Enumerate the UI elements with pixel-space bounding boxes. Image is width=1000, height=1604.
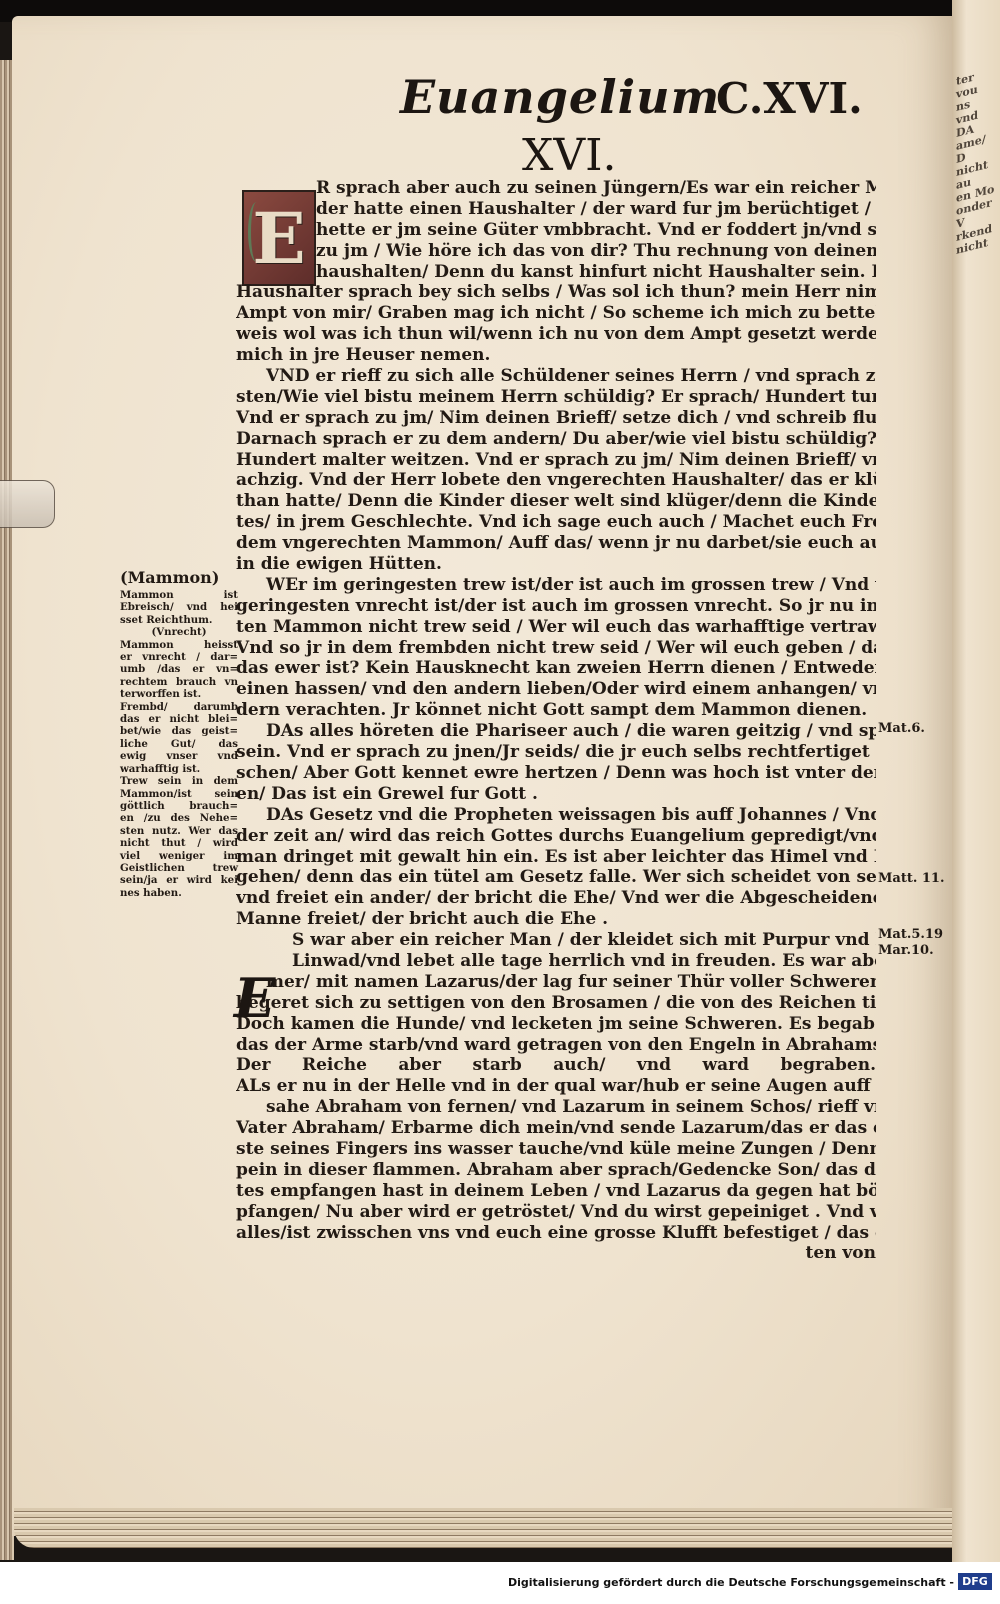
- scripture-reference: Mat.5.19: [878, 928, 943, 942]
- left-marginal-gloss: (Mammon) Mammon istEbreisch/ vnd heisset…: [120, 568, 238, 899]
- gloss-line: bet/wie das geist=: [120, 725, 238, 737]
- text-line: das ewer ist? Kein Hausknecht kan zweien…: [236, 658, 876, 679]
- text-line: Der Reiche aber starb auch/ vnd ward beg…: [236, 1055, 876, 1076]
- gloss-line: nicht thut / wird: [120, 837, 238, 849]
- gloss-heading: (Mammon): [120, 568, 238, 587]
- gloss-line: das er nicht blei=: [120, 713, 238, 725]
- text-line: Linwad/vnd lebet alle tage herrlich vnd …: [236, 951, 876, 972]
- gloss-line: Trew sein in dem: [120, 775, 238, 787]
- text-line: WEr im geringesten trew ist/der ist auch…: [236, 575, 876, 596]
- text-line: Vnd er sprach zu jm/ Nim deinen Brieff/ …: [236, 408, 876, 429]
- gloss-line: sset Reichthum.: [120, 614, 238, 626]
- gloss-line: umb /das er vn=: [120, 663, 238, 675]
- text-line: Vater Abraham/ Erbarme dich mein/vnd sen…: [236, 1118, 876, 1139]
- gloss-line: sein/ja er wird kei: [120, 874, 238, 886]
- gloss-line: göttlich brauch=: [120, 800, 238, 812]
- text-line: alles/ist zwisschen vns vnd euch eine gr…: [236, 1223, 876, 1244]
- text-line: weis wol was ich thun wil/wenn ich nu vo…: [236, 324, 876, 345]
- text-line: das der Arme starb/vnd ward getragen von…: [236, 1035, 876, 1056]
- text-line: S war aber ein reicher Man / der kleidet…: [236, 930, 876, 951]
- text-line: mich in jre Heuser nemen.: [236, 345, 876, 366]
- text-line: VND er rieff zu sich alle Schüldener sei…: [236, 366, 876, 387]
- folio-number: C.XVI.: [716, 74, 863, 123]
- text-line: zu jm / Wie höre ich das von dir? Thu re…: [236, 241, 876, 262]
- page-stack-bottom: [14, 1508, 964, 1548]
- text-line: der hatte einen Haushalter / der ward fu…: [236, 199, 876, 220]
- text-line: ste seines Fingers ins wasser tauche/vnd…: [236, 1139, 876, 1160]
- text-line: ALs er nu in der Helle vnd in der qual w…: [236, 1076, 876, 1097]
- text-line: en/ Das ist ein Grewel fur Gott .: [236, 784, 876, 805]
- text-line: geringesten vnrecht ist/der ist auch im …: [236, 596, 876, 617]
- gloss-line: Mammon ist: [120, 589, 238, 601]
- gloss-line: Mammon heisst: [120, 639, 238, 651]
- book-scan: ter vouns vndDAame/ Dnicht auen Moonder …: [0, 0, 1000, 1562]
- gloss-line: nes haben.: [120, 887, 238, 899]
- facing-page-edge: ter vouns vndDAame/ Dnicht auen Moonder …: [952, 0, 1000, 1562]
- text-line: der zeit an/ wird das reich Gottes durch…: [236, 826, 876, 847]
- second-initial: E: [234, 966, 275, 1030]
- gloss-line: terworffen ist.: [120, 688, 238, 700]
- text-line: tes/ in jrem Geschlechte. Vnd ich sage e…: [236, 512, 876, 533]
- text-line: vnd freiet ein ander/ der bricht die Ehe…: [236, 888, 876, 909]
- text-line: tes empfangen hast in deinem Leben / vnd…: [236, 1181, 876, 1202]
- text-line: Manne freiet/ der bricht auch die Ehe .: [236, 909, 876, 930]
- text-line: ten von: [236, 1243, 876, 1264]
- text-line: man dringet mit gewalt hin ein. Es ist a…: [236, 847, 876, 868]
- text-line: dem vngerechten Mammon/ Auff das/ wenn j…: [236, 533, 876, 554]
- gloss-line: Geistlichen trew: [120, 862, 238, 874]
- gloss-line: (Vnrecht): [120, 626, 238, 638]
- footer-bar: Digitalisierung gefördert durch die Deut…: [0, 1562, 1000, 1604]
- text-line: Hundert malter weitzen. Vnd er sprach zu…: [236, 450, 876, 471]
- text-line: dern verachten. Jr könnet nicht Gott sam…: [236, 700, 876, 721]
- text-line: einen hassen/ vnd den andern lieben/Oder…: [236, 679, 876, 700]
- page-clip: [0, 480, 55, 528]
- scripture-reference: Mat.6.: [878, 722, 925, 736]
- text-line: R sprach aber auch zu seinen Jüngern/Es …: [236, 178, 876, 199]
- gloss-line: Frembd/ darumb: [120, 701, 238, 713]
- text-line: sein. Vnd er sprach zu jnen/Jr seids/ di…: [236, 742, 876, 763]
- gloss-lines: Mammon istEbreisch/ vnd heisset Reichthu…: [120, 589, 238, 899]
- gloss-line: rechtem brauch vn: [120, 676, 238, 688]
- text-line: sten/Wie viel bistu meinem Herrn schüldi…: [236, 387, 876, 408]
- text-line: Doch kamen die Hunde/ vnd lecketen jm se…: [236, 1014, 876, 1035]
- running-title: Euangelium: [400, 70, 720, 124]
- funding-credit: Digitalisierung gefördert durch die Deut…: [508, 1576, 954, 1589]
- text-line: DAs Gesetz vnd die Propheten weissagen b…: [236, 805, 876, 826]
- gloss-line: liche Gut/ das: [120, 738, 238, 750]
- gloss-line: en /zu des Nehe=: [120, 812, 238, 824]
- gloss-line: er vnrecht / dar=: [120, 651, 238, 663]
- text-line: Darnach sprach er zu dem andern/ Du aber…: [236, 429, 876, 450]
- chapter-number: XVI.: [522, 130, 616, 181]
- text-line: hette er jm seine Güter vmbbracht. Vnd e…: [236, 220, 876, 241]
- running-header: Euangelium C.XVI.: [400, 70, 880, 124]
- text-line: begeret sich zu settigen von den Brosame…: [236, 993, 876, 1014]
- text-line: achzig. Vnd der Herr lobete den vngerech…: [236, 470, 876, 491]
- text-line: pfangen/ Nu aber wird er getröstet/ Vnd …: [236, 1202, 876, 1223]
- dfg-logo: DFG: [958, 1573, 992, 1590]
- gloss-line: Mammon/ist sein: [120, 788, 238, 800]
- gloss-line: ewig vnser vnd: [120, 750, 238, 762]
- text-line: schen/ Aber Gott kennet ewre hertzen / D…: [236, 763, 876, 784]
- main-text-column: R sprach aber auch zu seinen Jüngern/Es …: [236, 178, 876, 1264]
- facing-page-text: ter vouns vndDAame/ Dnicht auen Moonder …: [956, 65, 996, 257]
- text-line: Haushalter sprach bey sich selbs / Was s…: [236, 282, 876, 303]
- scripture-reference: Mar.10.: [878, 944, 934, 958]
- gloss-line: Ebreisch/ vnd hei: [120, 601, 238, 613]
- text-line: mer/ mit namen Lazarus/der lag fur seine…: [236, 972, 876, 993]
- text-line: haushalten/ Denn du kanst hinfurt nicht …: [236, 262, 876, 283]
- text-line: pein in dieser flammen. Abraham aber spr…: [236, 1160, 876, 1181]
- text-line: sahe Abraham von fernen/ vnd Lazarum in …: [236, 1097, 876, 1118]
- gloss-line: sten nutz. Wer das: [120, 825, 238, 837]
- text-line: gehen/ denn das ein tütel am Gesetz fall…: [236, 867, 876, 888]
- text-line: Vnd so jr in dem frembden nicht trew sei…: [236, 638, 876, 659]
- scripture-reference: Matt. 11.: [878, 872, 945, 886]
- text-line: in die ewigen Hütten.: [236, 554, 876, 575]
- text-line: ten Mammon nicht trew seid / Wer wil euc…: [236, 617, 876, 638]
- text-line: than hatte/ Denn die Kinder dieser welt …: [236, 491, 876, 512]
- text-line: DAs alles höreten die Phariseer auch / d…: [236, 721, 876, 742]
- text-line: Ampt von mir/ Graben mag ich nicht / So …: [236, 303, 876, 324]
- gloss-line: warhafftig ist.: [120, 763, 238, 775]
- gloss-line: viel weniger im: [120, 850, 238, 862]
